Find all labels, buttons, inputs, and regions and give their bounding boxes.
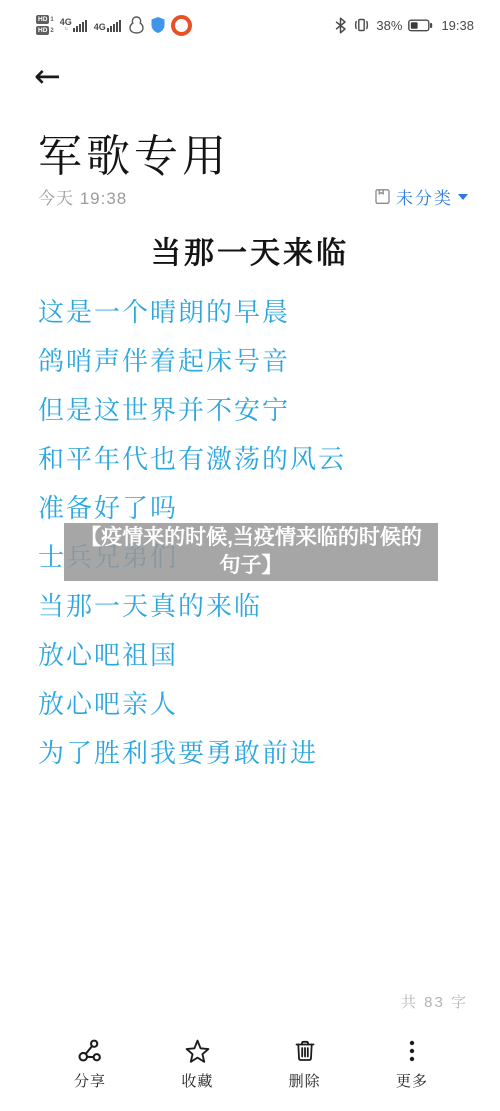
share-label: 分享 xyxy=(74,1070,106,1091)
qq-icon xyxy=(128,16,145,34)
signal-bars-icon xyxy=(73,19,88,32)
ring-app-icon xyxy=(171,15,192,36)
signal-icon-sim2: 4G xyxy=(94,19,122,32)
star-icon xyxy=(184,1039,211,1064)
share-icon xyxy=(76,1037,104,1065)
note-line: 但是这世界并不安宁 xyxy=(38,384,470,433)
shield-icon xyxy=(151,17,165,33)
battery-percent: 38% xyxy=(376,18,402,33)
network-arrows: ↑↓ xyxy=(64,27,67,32)
delete-button[interactable]: 删除 xyxy=(273,1037,337,1091)
hd-icon: HD 1 HD 2 xyxy=(36,15,54,35)
category-selector[interactable]: 未分类 xyxy=(374,184,468,209)
hd2-sub: 2 xyxy=(50,28,53,34)
favorite-label: 收藏 xyxy=(181,1070,213,1091)
status-bar: HD 1 HD 2 4G ↑↓ xyxy=(36,8,474,42)
hd1-badge: HD 1 xyxy=(36,15,54,24)
bluetooth-icon xyxy=(334,17,347,34)
trash-icon xyxy=(291,1037,319,1065)
word-count: 共 83 字 xyxy=(401,991,468,1012)
note-line: 放心吧祖国 xyxy=(38,629,470,678)
delete-label: 删除 xyxy=(289,1070,321,1091)
network-type-label: 4G xyxy=(94,23,106,32)
note-line: 和平年代也有激荡的风云 xyxy=(38,433,470,482)
note-meta-row: 今天 19:38 未分类 xyxy=(38,184,468,208)
hd1-sub: 1 xyxy=(50,17,53,23)
more-label: 更多 xyxy=(396,1070,428,1091)
note-title[interactable]: 军歌专用 xyxy=(38,120,230,184)
note-line: 当那一天真的来临 xyxy=(38,580,470,629)
status-right: 38% 19:38 xyxy=(334,17,474,34)
status-left: HD 1 HD 2 4G ↑↓ xyxy=(36,15,192,36)
note-body-heading: 当那一天来临 xyxy=(0,228,500,272)
status-time: 19:38 xyxy=(441,18,474,33)
watermark-text-line2: 句子】 xyxy=(220,552,283,580)
bottom-toolbar: 分享 收藏 xyxy=(0,1023,500,1111)
more-button[interactable]: 更多 xyxy=(380,1037,444,1091)
note-date: 今天 19:38 xyxy=(38,184,127,209)
category-label: 未分类 xyxy=(396,184,453,209)
note-line: 放心吧亲人 xyxy=(38,678,470,727)
note-line: 这是一个晴朗的早晨 xyxy=(38,286,470,335)
back-arrow-icon[interactable]: ← xyxy=(34,60,61,92)
notes-app-screen: HD 1 HD 2 4G ↑↓ xyxy=(0,0,500,1111)
hd1-chip: HD xyxy=(36,15,49,24)
hd2-chip: HD xyxy=(36,26,49,35)
favorite-button[interactable]: 收藏 xyxy=(165,1037,229,1091)
share-button[interactable]: 分享 xyxy=(58,1037,122,1091)
note-line: 为了胜利我要勇敢前进 xyxy=(38,727,470,776)
more-vertical-icon xyxy=(398,1037,426,1065)
watermark-text-line1: 【疫情来的时候,当疫情来临的时候的 xyxy=(80,524,422,552)
vibrate-icon xyxy=(353,17,370,33)
notebook-icon xyxy=(374,188,391,205)
watermark-overlay: 【疫情来的时候,当疫情来临的时候的 句子】 xyxy=(64,523,438,581)
battery-icon xyxy=(408,19,433,32)
hd2-badge: HD 2 xyxy=(36,26,54,35)
chevron-down-icon xyxy=(458,194,468,200)
signal-icon-sim1: 4G ↑↓ xyxy=(60,18,88,32)
note-line: 鸽哨声伴着起床号音 xyxy=(38,335,470,384)
signal-bars-icon xyxy=(107,19,122,32)
